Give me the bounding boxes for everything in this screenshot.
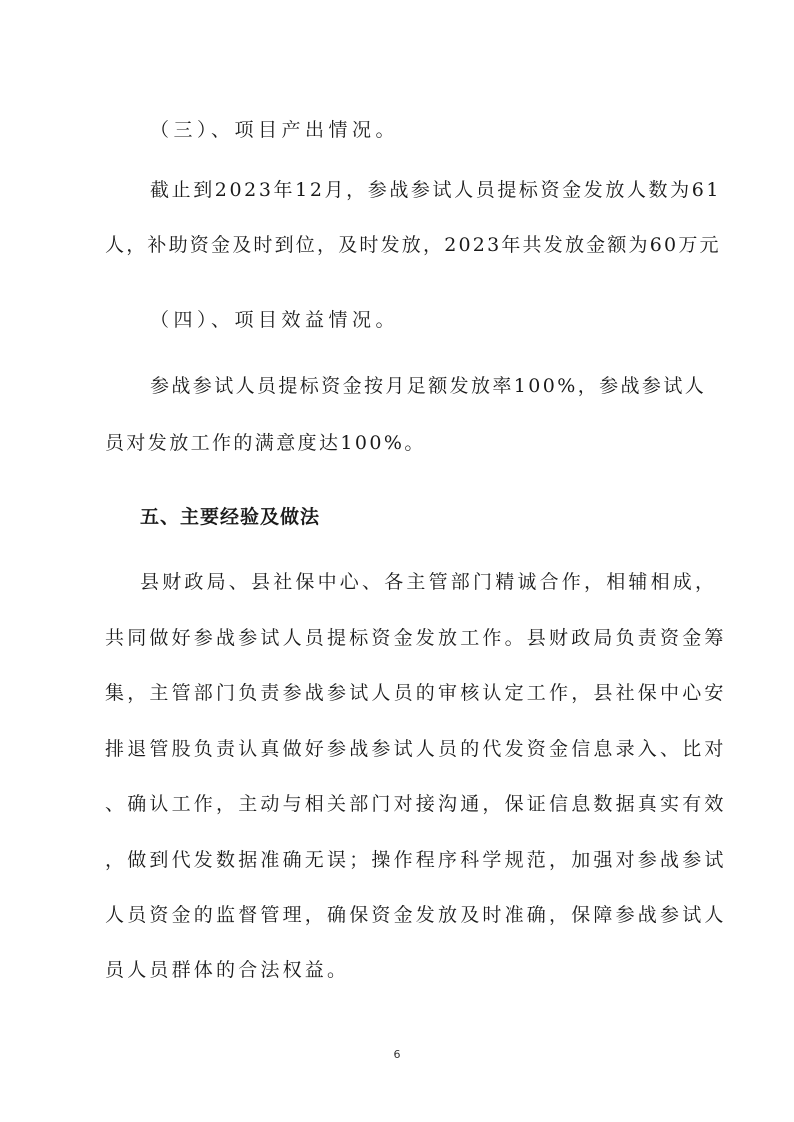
chapter-5-paragraph-line-4: 排退管股负责认真做好参战参试人员的代发资金信息录入、比对 [105, 737, 705, 761]
chapter-5-paragraph-line-8: 员人员群体的合法权益。 [105, 958, 705, 982]
chapter-5-paragraph-line-6: ，做到代发数据准确无误；操作程序科学规范，加强对参战参试 [105, 848, 705, 872]
chapter-5-paragraph-line-7: 人员资金的监督管理，确保资金发放及时准确，保障参战参试人 [105, 903, 705, 927]
section-4-heading: （四）、项目效益情况。 [150, 308, 750, 332]
document-page: （三）、项目产出情况。 截止到2023年12月，参战参试人员提标资金发放人数为6… [0, 0, 794, 1122]
chapter-5-paragraph-line-5: 、确认工作，主动与相关部门对接沟通，保证信息数据真实有效 [105, 792, 705, 816]
section-3-heading: （三）、项目产出情况。 [150, 118, 750, 142]
chapter-5-paragraph-line-2: 共同做好参战参试人员提标资金发放工作。县财政局负责资金筹 [105, 626, 705, 650]
chapter-5-heading: 五、主要经验及做法 [140, 505, 320, 529]
chapter-5-paragraph-line-1: 县财政局、县社保中心、各主管部门精诚合作，相辅相成， [140, 570, 740, 594]
section-3-paragraph-line-1: 截止到2023年12月，参战参试人员提标资金发放人数为61 [150, 178, 750, 202]
page-number: 6 [0, 1048, 794, 1061]
section-3-paragraph-line-2: 人，补助资金及时到位，及时发放，2023年共发放金额为60万元 [105, 233, 705, 257]
section-4-paragraph-line-2: 员对发放工作的满意度达100%。 [105, 431, 705, 455]
chapter-5-paragraph-line-3: 集，主管部门负责参战参试人员的审核认定工作，县社保中心安 [105, 681, 705, 705]
section-4-paragraph-line-1: 参战参试人员提标资金按月足额发放率100%，参战参试人 [150, 374, 750, 398]
